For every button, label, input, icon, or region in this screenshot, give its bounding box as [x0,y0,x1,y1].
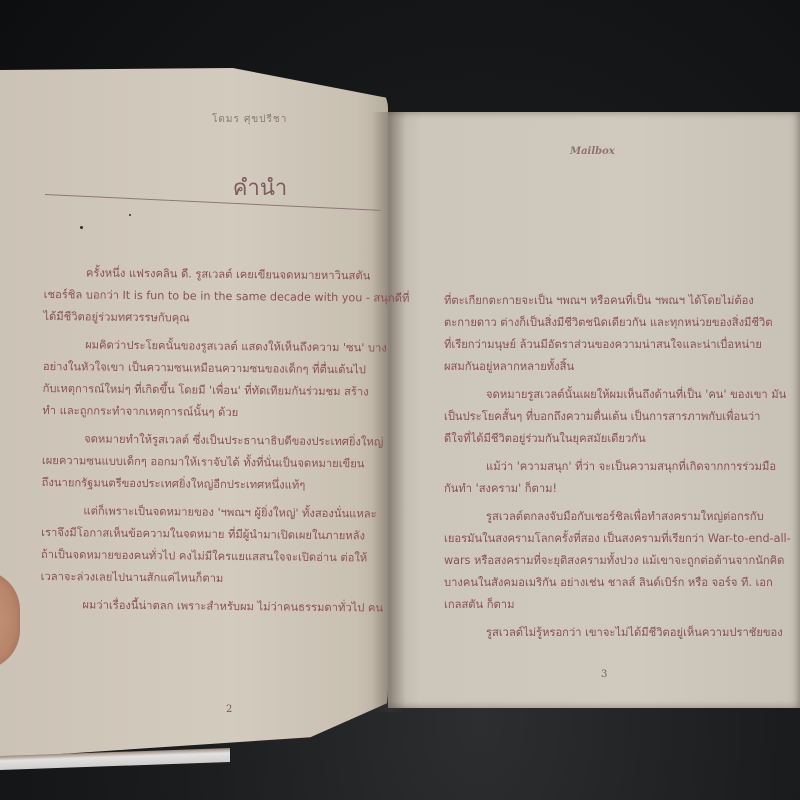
paragraph-line: ได้มีชีวิตอยู่ร่วมทศวรรษกับคุณ [43,306,383,332]
paragraph-line: เวลาจะล่วงเลยไปนานสักแค่ไหนก็ตาม [41,566,381,592]
left-running-head-author: โดมร ศุขปรีชา [212,112,332,127]
left-page-body-text: ครั้งหนึ่ง แฟรงคลิน ดี. รูสเวลต์ เคยเขีย… [40,262,384,620]
paragraph-line: กันทำ 'สงคราม' ก็ตาม! [444,478,784,500]
paragraph-line: ตะกายดาว ต่างก็เป็นสิ่งมีชีวิตชนิดเดียวก… [444,312,784,334]
paragraph-line: ที่เรียกว่ามนุษย์ ล้วนมีอัตราส่วนของความ… [444,334,784,356]
paragraph-line: เยอรมันในสงครามโลกครั้งที่สอง เป็นสงคราม… [444,528,784,550]
paper-speck [129,214,131,216]
chapter-title: คำนำ [200,170,320,205]
right-page-number: 3 [601,669,607,680]
paragraph-line: จดหมายรูสเวลต์นั้นเผยให้ผมเห็นถึงด้านที่… [444,384,784,406]
paper-speck [80,226,83,229]
paragraph-line: ดีใจที่ได้มีชีวิตอยู่ร่วมกันในยุคสมัยเดี… [444,428,784,450]
paragraph-line: ผมว่าเรื่องนี้น่าตลก เพราะสำหรับผม ไม่ว่… [40,594,380,620]
paragraph-line: รูสเวลต์ไม่รู้หรอกว่า เขาจะไม่ได้มีชีวิต… [444,622,784,644]
paragraph-line: ที่ตะเกียกตะกายจะเป็น ฯพณฯ หรือคนที่เป็น… [444,290,784,312]
paragraph-line: ผสมกันอยู่หลากหลายทั้งสิ้น [444,356,784,378]
paragraph-line: ทำ และถูกกระทำจากเหตุการณ์นั้นๆ ด้วย [42,400,382,426]
paragraph-line: บางคนในสังคมอเมริกัน อย่างเช่น ชาลส์ ลิน… [444,572,784,594]
right-page-body-text: ที่ตะเกียกตะกายจะเป็น ฯพณฯ หรือคนที่เป็น… [444,290,784,644]
paragraph-line: รูสเวลต์ตกลงจับมือกับเชอร์ชิลเพื่อทำสงคร… [444,506,784,528]
left-page-number: 2 [226,704,232,715]
paragraph-line: ถึงนายกรัฐมนตรีของประเทศยิ่งใหญ่อีกประเท… [42,472,382,498]
paragraph-line: เป็นประโยคสั้นๆ ที่บอกถึงความตื่นเต้น เป… [444,406,784,428]
paragraph-line: wars หรือสงครามที่จะยุติสงครามทั้งปวง แม… [444,550,784,572]
right-running-head-title: Mailbox [570,146,615,157]
paragraph-line: เกลสตัน ก็ตาม [444,594,784,616]
paragraph-line: แม้ว่า 'ความสนุก' ที่ว่า จะเป็นความสนุกท… [444,456,784,478]
